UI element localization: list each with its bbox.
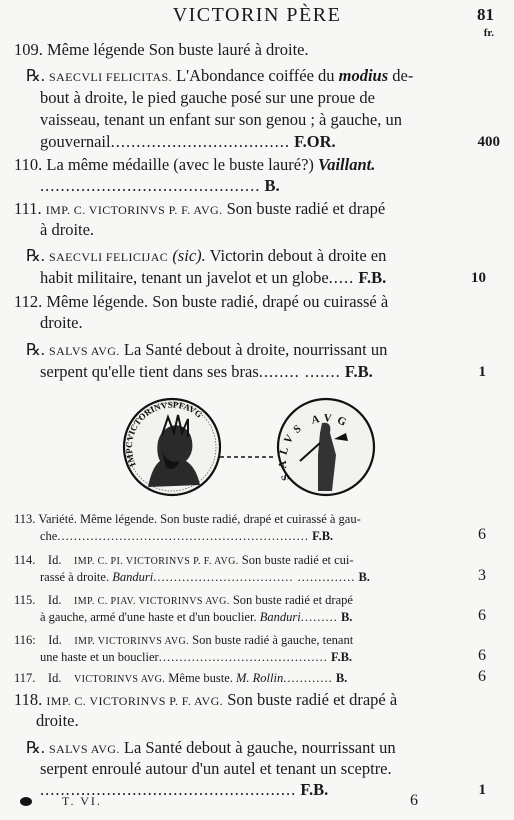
reverse-legend: SAECVLI FELICITAS. bbox=[49, 70, 172, 84]
entry-112-reverse-line-2: serpent qu'elle tient dans ses bras.....… bbox=[40, 362, 373, 382]
entry-113-line-2: che.....................................… bbox=[40, 526, 333, 546]
entry-109-reverse-line-1: ℞. SAECVLI FELICITAS. L'Abondance coiffé… bbox=[26, 66, 413, 87]
reverse-mark: ℞. bbox=[26, 66, 45, 85]
entry-number: 109. bbox=[14, 40, 43, 59]
entry-109-obverse: 109. Même légende Son buste lauré à droi… bbox=[14, 40, 309, 60]
entry-111-reverse-line-1: ℞. SAECVLI FELICIJAC (sic). Victorin deb… bbox=[26, 246, 386, 267]
entry-114-line-2: rassé à droite. Banduri.................… bbox=[40, 567, 370, 587]
coin-reverse-image: SALVS AVG bbox=[277, 399, 374, 495]
price: 6 bbox=[446, 668, 486, 686]
entry-111-reverse-line-2: habit militaire, tenant un javelot et un… bbox=[40, 268, 386, 288]
price: 6 bbox=[446, 607, 486, 625]
price: 6 bbox=[446, 526, 486, 544]
price: 3 bbox=[446, 567, 486, 585]
entry-116-line-2: une haste et un bouclier................… bbox=[40, 647, 352, 667]
coin-illustration: IMPCVICTORINVSPFAVG SALVS AVG bbox=[122, 395, 382, 500]
entry-112-line-2: droite. bbox=[40, 313, 83, 333]
entry-118-reverse-line-2: serpent enroulé autour d'un autel et ten… bbox=[40, 759, 392, 779]
source: Vaillant. bbox=[318, 155, 375, 174]
entry-110: 110. La même médaille (avec le buste lau… bbox=[14, 155, 375, 175]
price: 10 bbox=[446, 270, 486, 287]
entry-118: 118. IMP. C. VICTORINVS P. F. AVG. Son b… bbox=[14, 690, 397, 711]
entry-109-reverse-line-3: vaisseau, tenant un enfant sur son genou… bbox=[40, 110, 402, 130]
price-column-unit: fr. bbox=[484, 27, 494, 39]
entry-111-line-2: à droite. bbox=[40, 220, 94, 240]
price: 400 bbox=[460, 134, 500, 151]
rarity: F.OR. bbox=[294, 132, 336, 151]
catalogue-page: VICTORIN PÈRE 81 fr. 109. Même légende S… bbox=[0, 0, 514, 820]
entry-118-line-2: droite. bbox=[36, 711, 79, 731]
running-head-title: VICTORIN PÈRE bbox=[0, 4, 514, 27]
page-number: 81 bbox=[477, 5, 494, 25]
footer-signature-mark: 6 bbox=[410, 792, 418, 810]
entry-112: 112. Même légende. Son buste radié, drap… bbox=[14, 292, 388, 312]
entry-115-line-2: à gauche, armé d'une haste et d'un boucl… bbox=[40, 607, 352, 627]
entry-112-reverse-line-1: ℞. SALVS AVG. La Santé debout à droite, … bbox=[26, 340, 387, 361]
entry-109-reverse-line-4: gouvernail..............................… bbox=[40, 132, 336, 152]
entry-117: 117. Id. VICTORINVS AVG. Même buste. M. … bbox=[14, 668, 347, 690]
entry-111: 111. IMP. C. VICTORINVS P. F. AVG. Son b… bbox=[14, 199, 385, 220]
entry-109-reverse-line-2: bout à droite, le pied gauche posé sur u… bbox=[40, 88, 375, 108]
price: 6 bbox=[446, 647, 486, 665]
price: 1 bbox=[446, 782, 486, 799]
footer-volume: T. VI. bbox=[62, 794, 102, 809]
ink-blot bbox=[20, 797, 32, 806]
price: 1 bbox=[446, 364, 486, 381]
entry-110-line-2: ........................................… bbox=[40, 176, 280, 196]
entry-118-reverse-line-1: ℞. SALVS AVG. La Santé debout à gauche, … bbox=[26, 738, 396, 759]
coin-obverse-image: IMPCVICTORINVSPFAVG bbox=[124, 399, 220, 495]
